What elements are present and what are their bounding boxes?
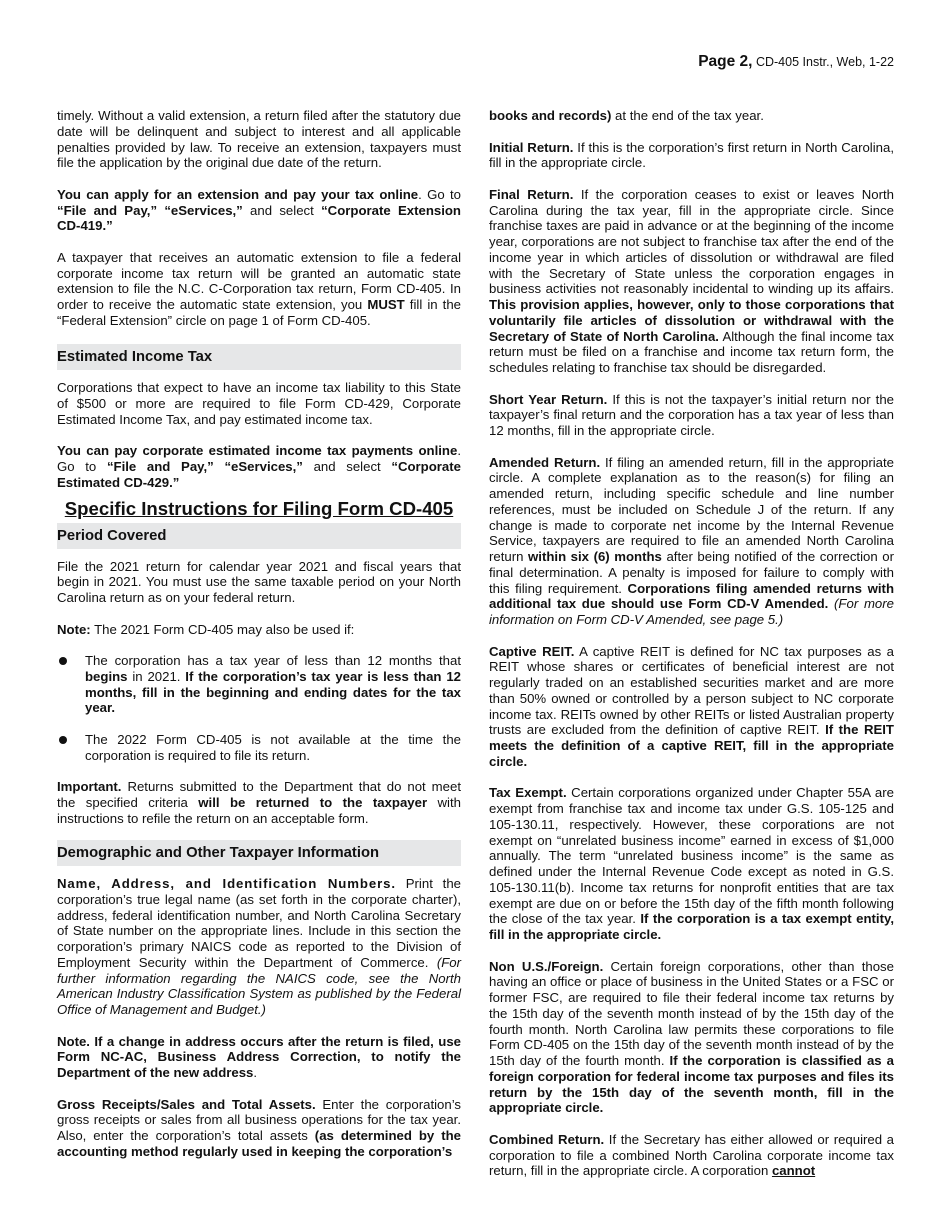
text: .: [253, 1065, 257, 1080]
text: and select: [243, 203, 321, 218]
note-paragraph: Note: The 2021 Form CD-405 may also be u…: [57, 622, 461, 638]
emphasis: Note. If a change in address occurs afte…: [57, 1034, 461, 1081]
period-paragraph: File the 2021 return for calendar year 2…: [57, 559, 461, 606]
captive-reit-paragraph: Captive REIT. A captive REIT is defined …: [489, 644, 894, 770]
heading-text: Demographic and Other Taxpayer Informati…: [57, 845, 379, 861]
section-heading-demographic: Demographic and Other Taxpayer Informati…: [57, 840, 461, 866]
note-label: Note:: [57, 622, 91, 637]
short-year-return-paragraph: Short Year Return. If this is not the ta…: [489, 392, 894, 439]
emphasis: “File and Pay,” “eServices,”: [107, 459, 303, 474]
right-column: books and records) at the end of the tax…: [489, 108, 894, 1195]
page-header: Page 2, CD-405 Instr., Web, 1-22: [698, 53, 894, 71]
section-heading-estimated-income-tax: Estimated Income Tax: [57, 344, 461, 370]
emphasis: will be returned to the taxpayer: [198, 795, 427, 810]
left-column: timely. Without a valid extension, a ret…: [57, 108, 461, 1175]
bullet-icon: [59, 657, 67, 665]
final-return-label: Final Return.: [489, 187, 573, 202]
emphasis: You can apply for an extension and pay y…: [57, 187, 418, 202]
text: Certain foreign corporations, other than…: [489, 959, 894, 1069]
text: If filing an amended return, fill in the…: [489, 455, 894, 565]
heading-text: Period Covered: [57, 528, 166, 544]
text: . Go to: [418, 187, 461, 202]
document-reference: CD-405 Instr., Web, 1-22: [756, 55, 894, 69]
section-heading-period-covered: Period Covered: [57, 523, 461, 549]
main-title: Specific Instructions for Filing Form CD…: [57, 497, 461, 521]
extension-paragraph: timely. Without a valid extension, a ret…: [57, 108, 461, 171]
important-label: Important.: [57, 779, 121, 794]
initial-return-label: Initial Return.: [489, 140, 573, 155]
combined-return-paragraph: Combined Return. If the Secretary has ei…: [489, 1132, 894, 1179]
name-address-paragraph: Name, Address, and Identification Number…: [57, 876, 461, 1018]
emphasis: You can pay corporate estimated income t…: [57, 443, 457, 458]
bullet-list: The corporation has a tax year of less t…: [57, 653, 461, 763]
emphasis: MUST: [367, 297, 404, 312]
tax-exempt-label: Tax Exempt.: [489, 785, 567, 800]
foreign-label: Non U.S./Foreign.: [489, 959, 603, 974]
estimated-online-paragraph: You can pay corporate estimated income t…: [57, 443, 461, 490]
tax-exempt-paragraph: Tax Exempt. Certain corporations organiz…: [489, 785, 894, 943]
amended-return-paragraph: Amended Return. If filing an amended ret…: [489, 455, 894, 628]
bullet-icon: [59, 736, 67, 744]
extension-online-paragraph: You can apply for an extension and pay y…: [57, 187, 461, 234]
text: The corporation has a tax year of less t…: [85, 653, 461, 668]
text: in 2021.: [128, 669, 186, 684]
important-paragraph: Important. Returns submitted to the Depa…: [57, 779, 461, 826]
address-change-note: Note. If a change in address occurs afte…: [57, 1034, 461, 1081]
list-item: The corporation has a tax year of less t…: [57, 653, 461, 716]
name-address-label: Name, Address, and Identification Number…: [57, 876, 396, 891]
amended-return-label: Amended Return.: [489, 455, 600, 470]
page-number: Page 2,: [698, 53, 752, 70]
combined-return-label: Combined Return.: [489, 1132, 604, 1147]
emphasis: begins: [85, 669, 128, 684]
emphasis: within six (6) months: [528, 549, 662, 564]
text: and select: [303, 459, 391, 474]
list-item: The 2022 Form CD-405 is not available at…: [57, 732, 461, 764]
emphasis-underlined: cannot: [772, 1163, 815, 1178]
text: The 2021 Form CD-405 may also be used if…: [91, 622, 355, 637]
heading-text: Estimated Income Tax: [57, 349, 212, 365]
short-year-label: Short Year Return.: [489, 392, 607, 407]
gross-receipts-paragraph: Gross Receipts/Sales and Total Assets. E…: [57, 1097, 461, 1160]
foreign-paragraph: Non U.S./Foreign. Certain foreign corpor…: [489, 959, 894, 1117]
emphasis: books and records): [489, 108, 611, 123]
final-return-paragraph: Final Return. If the corporation ceases …: [489, 187, 894, 376]
text: The 2022 Form CD-405 is not available at…: [85, 732, 461, 763]
emphasis: “File and Pay,” “eServices,”: [57, 203, 243, 218]
text: at the end of the tax year.: [611, 108, 764, 123]
gross-receipts-label: Gross Receipts/Sales and Total Assets.: [57, 1097, 316, 1112]
captive-reit-label: Captive REIT.: [489, 644, 574, 659]
initial-return-paragraph: Initial Return. If this is the corporati…: [489, 140, 894, 172]
automatic-extension-paragraph: A taxpayer that receives an automatic ex…: [57, 250, 461, 329]
text: Certain corporations organized under Cha…: [489, 785, 894, 926]
estimated-tax-paragraph: Corporations that expect to have an inco…: [57, 380, 461, 427]
continuation-paragraph: books and records) at the end of the tax…: [489, 108, 894, 124]
text: If the corporation ceases to exist or le…: [489, 187, 894, 297]
